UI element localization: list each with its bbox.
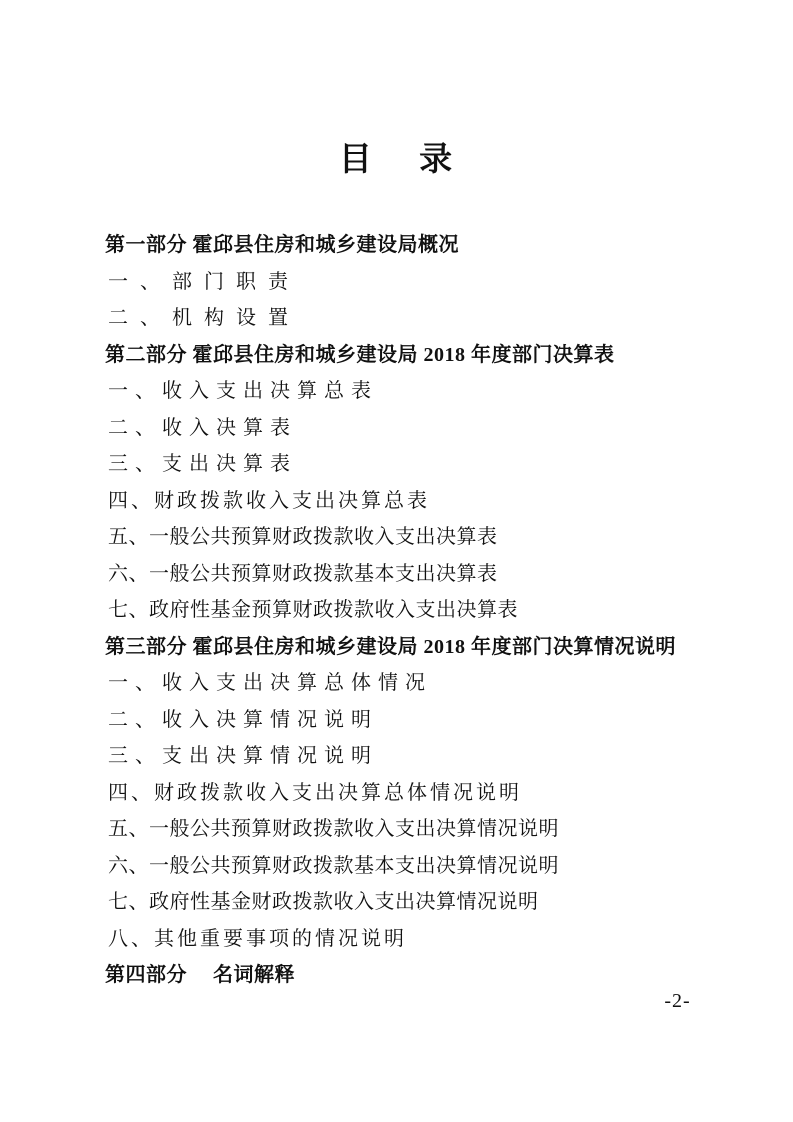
toc-heading-part-2: 第二部分 霍邱县住房和城乡建设局 2018 年度部门决算表: [105, 337, 763, 374]
toc-item-p3-2: 二、收入决算情况说明: [105, 702, 763, 739]
toc-item-p2-4: 四、财政拨款收入支出决算总表: [105, 483, 763, 520]
toc-heading-part-1: 第一部分 霍邱县住房和城乡建设局概况: [105, 227, 763, 264]
toc-item-p2-5: 五、一般公共预算财政拨款收入支出决算表: [105, 519, 763, 556]
toc-item-p3-4: 四、财政拨款收入支出决算总体情况说明: [105, 775, 763, 812]
table-of-contents: 第一部分 霍邱县住房和城乡建设局概况 一、部门职责 二、机构设置 第二部分 霍邱…: [105, 227, 763, 994]
toc-item-p2-2: 二、收入决算表: [105, 410, 763, 447]
toc-item-p3-7: 七、政府性基金财政拨款收入支出决算情况说明: [105, 884, 763, 921]
toc-item-p2-1: 一、收入支出决算总表: [105, 373, 763, 410]
document-page: 目 录 第一部分 霍邱县住房和城乡建设局概况 一、部门职责 二、机构设置 第二部…: [0, 0, 793, 1122]
toc-item-p3-5: 五、一般公共预算财政拨款收入支出决算情况说明: [105, 811, 763, 848]
toc-item-p3-3: 三、支出决算情况说明: [105, 738, 763, 775]
toc-item-p3-6: 六、一般公共预算财政拨款基本支出决算情况说明: [105, 848, 763, 885]
toc-item-dept-duties: 一、部门职责: [105, 264, 763, 301]
toc-item-p3-1: 一、收入支出决算总体情况: [105, 665, 763, 702]
page-title: 目 录: [0, 139, 793, 181]
page-number: -2-: [655, 989, 700, 1013]
toc-item-p3-8: 八、其他重要事项的情况说明: [105, 921, 763, 958]
toc-item-p2-3: 三、支出决算表: [105, 446, 763, 483]
toc-heading-part-3: 第三部分 霍邱县住房和城乡建设局 2018 年度部门决算情况说明: [105, 629, 763, 666]
toc-item-org-structure: 二、机构设置: [105, 300, 763, 337]
toc-item-p2-7: 七、政府性基金预算财政拨款收入支出决算表: [105, 592, 763, 629]
toc-item-p2-6: 六、一般公共预算财政拨款基本支出决算表: [105, 556, 763, 593]
